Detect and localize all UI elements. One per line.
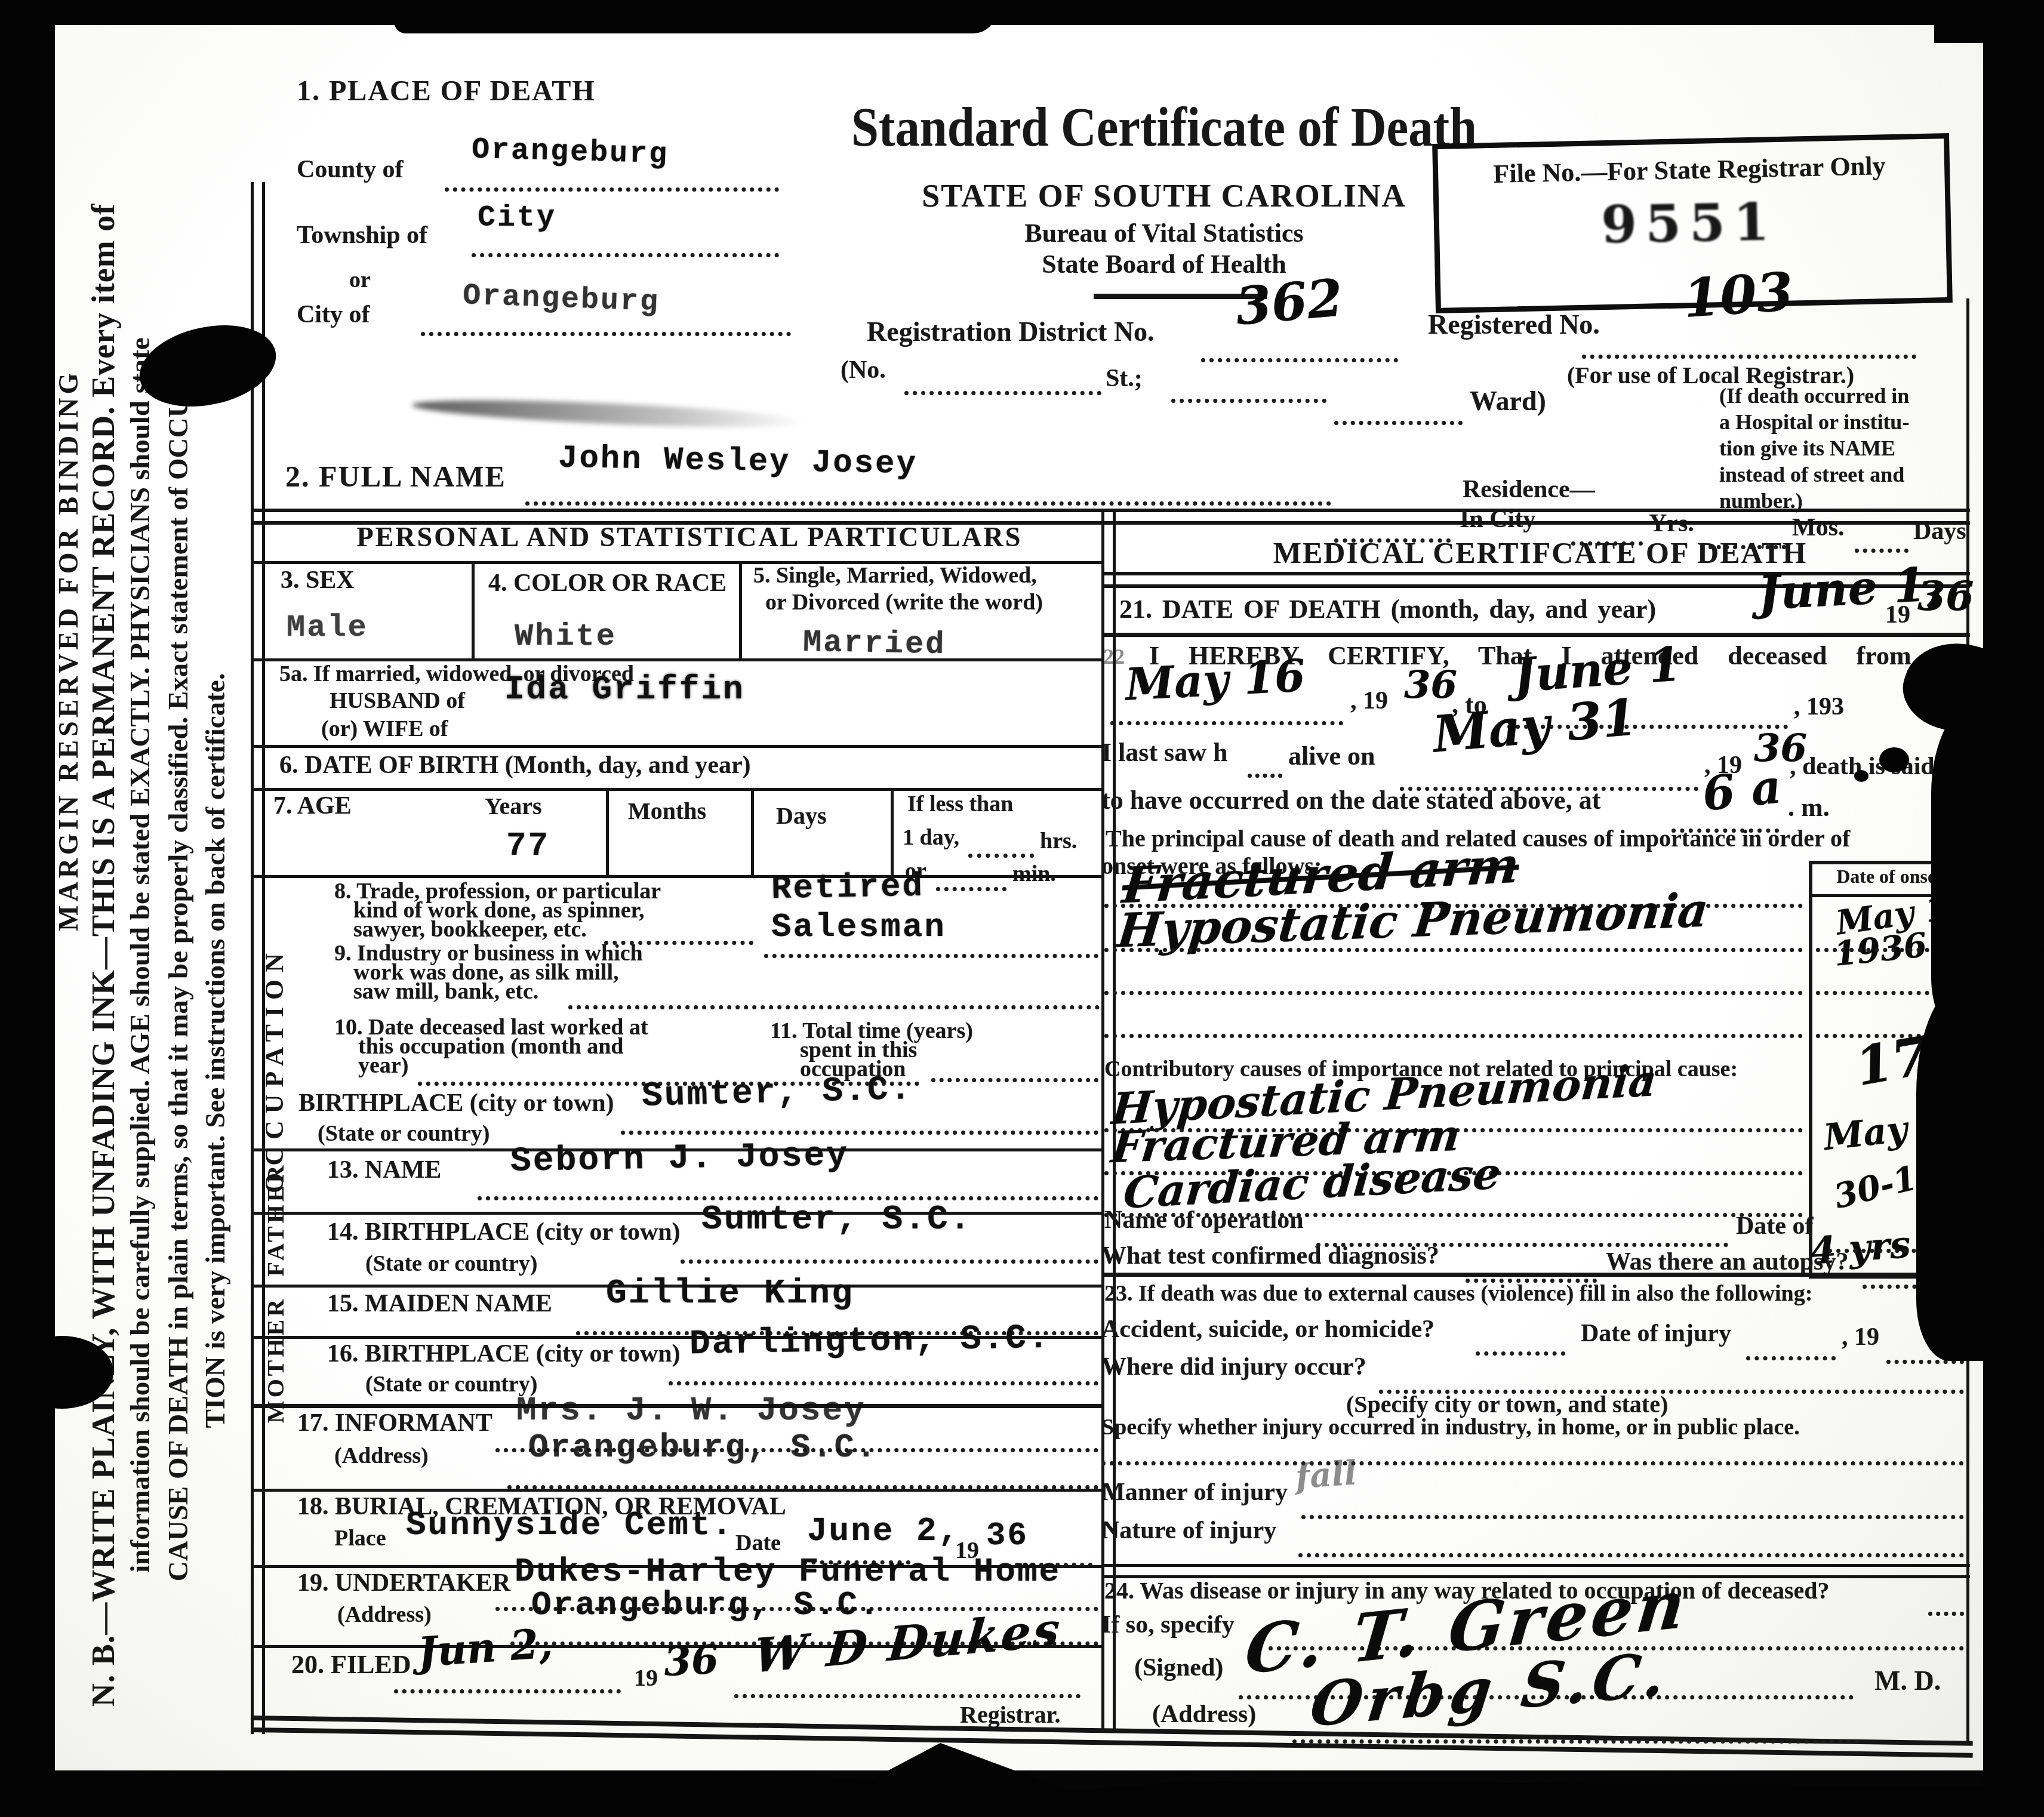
- age-label: 7. AGE: [273, 793, 352, 819]
- father-birthplace-label: 14. BIRTHPLACE (city or town): [327, 1219, 681, 1245]
- date-of-birth-label: 6. DATE OF BIRTH (Month, day, and year): [279, 752, 751, 778]
- dotted-line: [478, 1196, 1098, 1200]
- street-label: St.;: [1106, 365, 1143, 392]
- dotted-line: [445, 187, 779, 192]
- state-country-label: (State or country): [365, 1373, 537, 1397]
- dotted-line: [1104, 1034, 1803, 1038]
- hospital-note-line: a Hospital or institu-: [1719, 411, 1909, 434]
- cell-divider: [739, 564, 742, 658]
- dotted-line: [1301, 1515, 1964, 1519]
- registration-district-value: 362: [1233, 271, 1345, 334]
- scan-edge-top: [0, 0, 2044, 25]
- alive-on-label: alive on: [1288, 743, 1375, 770]
- marital-label-line2: or Divorced (write the word): [765, 591, 1043, 615]
- trade-value-line2: Salesman: [771, 910, 946, 945]
- left-section-heading: PERSONAL AND STATISTICAL PARTICULARS: [281, 523, 1098, 552]
- state-country-label: (State or country): [318, 1122, 490, 1146]
- mother-birthplace-value: Darlington, S.C.: [689, 1321, 1051, 1363]
- dotted-line: [525, 501, 1331, 506]
- dotted-line: [734, 1694, 1081, 1698]
- dotted-line: [1101, 1461, 1964, 1465]
- undertaker-address-label: (Address): [337, 1603, 432, 1627]
- nature-of-injury-label: Nature of injury: [1101, 1517, 1276, 1544]
- test-label: What test confirmed diagnosis?: [1101, 1243, 1439, 1269]
- signed-label: (Signed): [1134, 1655, 1223, 1681]
- sex-label: 3. SEX: [281, 567, 355, 593]
- race-value: White: [515, 621, 617, 654]
- hospital-note-line: tion give its NAME: [1719, 438, 1895, 460]
- burial-date-value: June 2,: [807, 1514, 960, 1549]
- attended-from-year: 36: [1404, 665, 1457, 705]
- dotted-line: [421, 332, 791, 336]
- full-name-label: 2. FULL NAME: [285, 461, 506, 492]
- mother-maiden-name-value: Gillie King: [606, 1276, 854, 1313]
- ward-label: Ward): [1470, 387, 1546, 415]
- scanned-death-certificate: MARGIN RESERVED FOR BINDING N. B.—WRITE …: [0, 0, 2044, 1817]
- item23-label: 23. If death was due to external causes …: [1104, 1282, 1812, 1306]
- dotted-line: [1110, 721, 1343, 725]
- physician-address-label: (Address): [1152, 1701, 1256, 1727]
- margin-note-line2: information should be carefully supplied…: [124, 179, 156, 1731]
- informant-address-label: (Address): [334, 1445, 429, 1468]
- manner-of-injury-value: fall: [1294, 1455, 1358, 1495]
- contributory-onset-month: May: [1822, 1111, 1909, 1157]
- board-line: State Board of Health: [830, 251, 1498, 278]
- printed-19: 19: [1885, 602, 1910, 628]
- cell-divider: [472, 564, 475, 658]
- printed-193: , 193: [1794, 694, 1844, 720]
- scan-edge-left: [0, 0, 55, 1817]
- ink-spot: [1854, 770, 1868, 782]
- registered-no-value: 103: [1682, 264, 1795, 327]
- rule: [251, 875, 1101, 878]
- certificate-title: Standard Certificate of Death: [843, 98, 1485, 156]
- dotted-line: [1248, 774, 1282, 778]
- cell-divider: [891, 788, 894, 876]
- street-no-label: (No.: [841, 357, 886, 383]
- mother-maiden-name-label: 15. MAIDEN NAME: [327, 1291, 552, 1317]
- filed-year-value: 36: [663, 1639, 719, 1683]
- dotted-line: [472, 253, 779, 257]
- autopsy-label: Was there an autopsy?: [1606, 1249, 1848, 1275]
- hospital-note-line: (If death occurred in: [1719, 385, 1909, 408]
- county-value: Orangeburg: [471, 135, 669, 171]
- trade-value-line1: Retired: [771, 869, 925, 907]
- min-label: min.: [1012, 863, 1056, 886]
- operation-label: Name of operation: [1104, 1207, 1304, 1233]
- dotted-line: [1104, 991, 1803, 995]
- birthplace-label: BIRTHPLACE (city or town): [298, 1090, 614, 1116]
- where-injury-label: Where did injury occur?: [1101, 1354, 1366, 1380]
- spouse-label-line3: (or) WIFE of: [321, 717, 448, 741]
- state-line: STATE OF SOUTH CAROLINA: [830, 179, 1498, 213]
- accident-label: Accident, suicide, or homicide?: [1101, 1316, 1435, 1342]
- printed-19: , 19: [1350, 688, 1388, 714]
- specify-industry-note: Specify whether injury occurred in indus…: [1101, 1416, 1800, 1440]
- dotted-line: [394, 1689, 621, 1693]
- rule: [251, 745, 1101, 748]
- burial-place-value: Sunnyside Cemt.: [406, 1508, 734, 1543]
- township-value: City: [478, 203, 556, 235]
- city-value: Orangeburg: [462, 281, 660, 319]
- dotted-line: [1201, 358, 1398, 362]
- injury-19-label: , 19: [1842, 1324, 1879, 1350]
- item22-number: 22: [1103, 646, 1125, 669]
- rule: [1101, 1273, 1970, 1277]
- date-of-death-label: 21. DATE OF DEATH (month, day, and year): [1119, 596, 1656, 623]
- injury-date-label: Date of injury: [1581, 1320, 1731, 1347]
- father-vertical-label: FATHER: [261, 1152, 290, 1287]
- file-number-stamp: 9551: [1528, 194, 1851, 254]
- place-of-death-heading: 1. PLACE OF DEATH: [297, 76, 596, 106]
- undertaker-value: Dukes-Harley Funeral Home: [515, 1554, 1061, 1590]
- undertaker-address-value: Orangeburg, S.C.: [531, 1588, 881, 1623]
- md-label: M. D.: [1874, 1667, 1941, 1695]
- ink-blot-margin: [11, 1336, 113, 1409]
- residence-label: Residence—: [1463, 476, 1595, 503]
- manner-of-injury-label: Manner of injury: [1101, 1479, 1288, 1505]
- dotted-line: [1476, 1351, 1565, 1356]
- burial-date-label: Date: [735, 1532, 781, 1556]
- last-worked-label-line3: year): [358, 1054, 408, 1078]
- dotted-line: [1582, 355, 1916, 359]
- section-divider: [1101, 1564, 1970, 1578]
- if-so-specify-label: If so, specify: [1101, 1612, 1235, 1638]
- months-label: Months: [628, 799, 706, 824]
- dotted-line: [1746, 1356, 1836, 1360]
- undertaker-label: 19. UNDERTAKER: [297, 1570, 510, 1596]
- rule: [251, 1212, 1101, 1215]
- informant-address-value: Orangeburg, S.C.: [528, 1430, 878, 1465]
- county-label: County of: [297, 156, 404, 183]
- father-name-value: Seborn J. Josey: [510, 1138, 849, 1181]
- dotted-line: [681, 1259, 1098, 1264]
- marital-value: Married: [803, 627, 946, 662]
- age-days-label: Days: [776, 803, 826, 829]
- dotted-line: [1334, 421, 1463, 425]
- occurred-label: to have occurred on the date stated abov…: [1101, 787, 1600, 814]
- operation-date-label: Date of: [1736, 1213, 1813, 1239]
- spouse-label-line2: HUSBAND of: [330, 689, 465, 713]
- cell-divider: [606, 788, 609, 876]
- last-saw-label: I last saw h: [1101, 739, 1228, 766]
- filed-label: 20. FILED: [291, 1651, 411, 1679]
- dotted-line: [621, 1131, 1098, 1135]
- age-years-value: 77: [506, 829, 550, 864]
- mother-birthplace-label: 16. BIRTHPLACE (city or town): [327, 1341, 681, 1367]
- dotted-line: [1928, 1612, 1964, 1616]
- dotted-line: [1292, 1739, 1860, 1744]
- margin-note-line1: N. B.—WRITE PLAINLY, WITH UNFADING INK—T…: [85, 179, 122, 1731]
- sex-value: Male: [287, 612, 368, 645]
- dotted-line: [764, 954, 1098, 958]
- dotted-line: [968, 854, 1034, 858]
- dotted-line: [669, 1381, 1098, 1385]
- informant-label: 17. INFORMANT: [297, 1410, 492, 1436]
- registered-no-label: Registered No.: [1428, 310, 1600, 339]
- specify-city-note: (Specify city or town, and state): [1346, 1392, 1668, 1417]
- trade-label-line3: sawyer, bookkeeper, etc.: [353, 918, 587, 942]
- dotted-line: [1104, 948, 1803, 952]
- township-label: Township of: [297, 222, 427, 248]
- years-label: Years: [485, 794, 542, 819]
- birthplace-value: Sumter, S.C.: [641, 1072, 913, 1116]
- m-label: . m.: [1788, 794, 1830, 821]
- scan-edge-top-smear: [394, 0, 997, 33]
- rule: [1101, 633, 1970, 637]
- printed-19: 19: [634, 1665, 658, 1690]
- or-label: or: [349, 269, 371, 292]
- if-less-label2: 1 day,: [903, 826, 959, 850]
- informant-value: Mrs. J. W. Josey: [516, 1393, 866, 1428]
- race-label: 4. COLOR OR RACE: [488, 570, 727, 596]
- margin-note-line4: TION is very important. See instructions…: [199, 597, 232, 1504]
- rule: [251, 1489, 1101, 1492]
- dotted-line: [931, 1078, 1098, 1082]
- rule: [251, 788, 1101, 791]
- father-birthplace-value: Sumter, S.C.: [701, 1202, 972, 1239]
- dotted-line: [568, 1005, 1100, 1009]
- margin-binding-note: MARGIN RESERVED FOR BINDING: [53, 394, 84, 931]
- bureau-line: Bureau of Vital Statistics: [830, 220, 1498, 247]
- hospital-note-line: instead of street and: [1719, 464, 1904, 486]
- spouse-value: Ida Griffin: [504, 672, 745, 707]
- hrs-label: hrs.: [1040, 830, 1077, 854]
- ink-blot: [1916, 979, 2044, 1361]
- registrar-label: Registrar.: [960, 1702, 1060, 1727]
- ink-spot: [1879, 747, 1909, 772]
- state-country-label: (State or country): [365, 1252, 537, 1276]
- burial-place-label: Place: [334, 1527, 386, 1551]
- date-of-death-value: June 1,: [1757, 560, 1943, 618]
- dotted-line: [1171, 399, 1326, 403]
- city-label: City of: [297, 301, 370, 328]
- filed-date-value: Jun 2,: [417, 1622, 554, 1674]
- cell-divider: [751, 788, 754, 876]
- margin-note-line3: CAUSE OF DEATH in plain terms, so that i…: [162, 215, 195, 1719]
- industry-label-line3: saw mill, bank, etc.: [353, 980, 538, 1004]
- full-name-value: John Wesley Josey: [558, 442, 918, 482]
- dotted-line: [904, 391, 1101, 395]
- burial-year-value: 36: [986, 1520, 1029, 1554]
- date-of-death-year: 36: [1917, 575, 1974, 618]
- if-less-label1: If less than: [907, 793, 1013, 817]
- marital-label-line1: 5. Single, Married, Widowed,: [753, 564, 1037, 588]
- attended-from-value: May 16: [1124, 653, 1306, 709]
- dotted-line: [936, 887, 1006, 891]
- registration-district-label: Registration District No.: [867, 318, 1155, 346]
- dotted-line: [1298, 1553, 1964, 1557]
- time-of-death-value: 6 a: [1700, 762, 1784, 819]
- father-name-label: 13. NAME: [327, 1157, 441, 1183]
